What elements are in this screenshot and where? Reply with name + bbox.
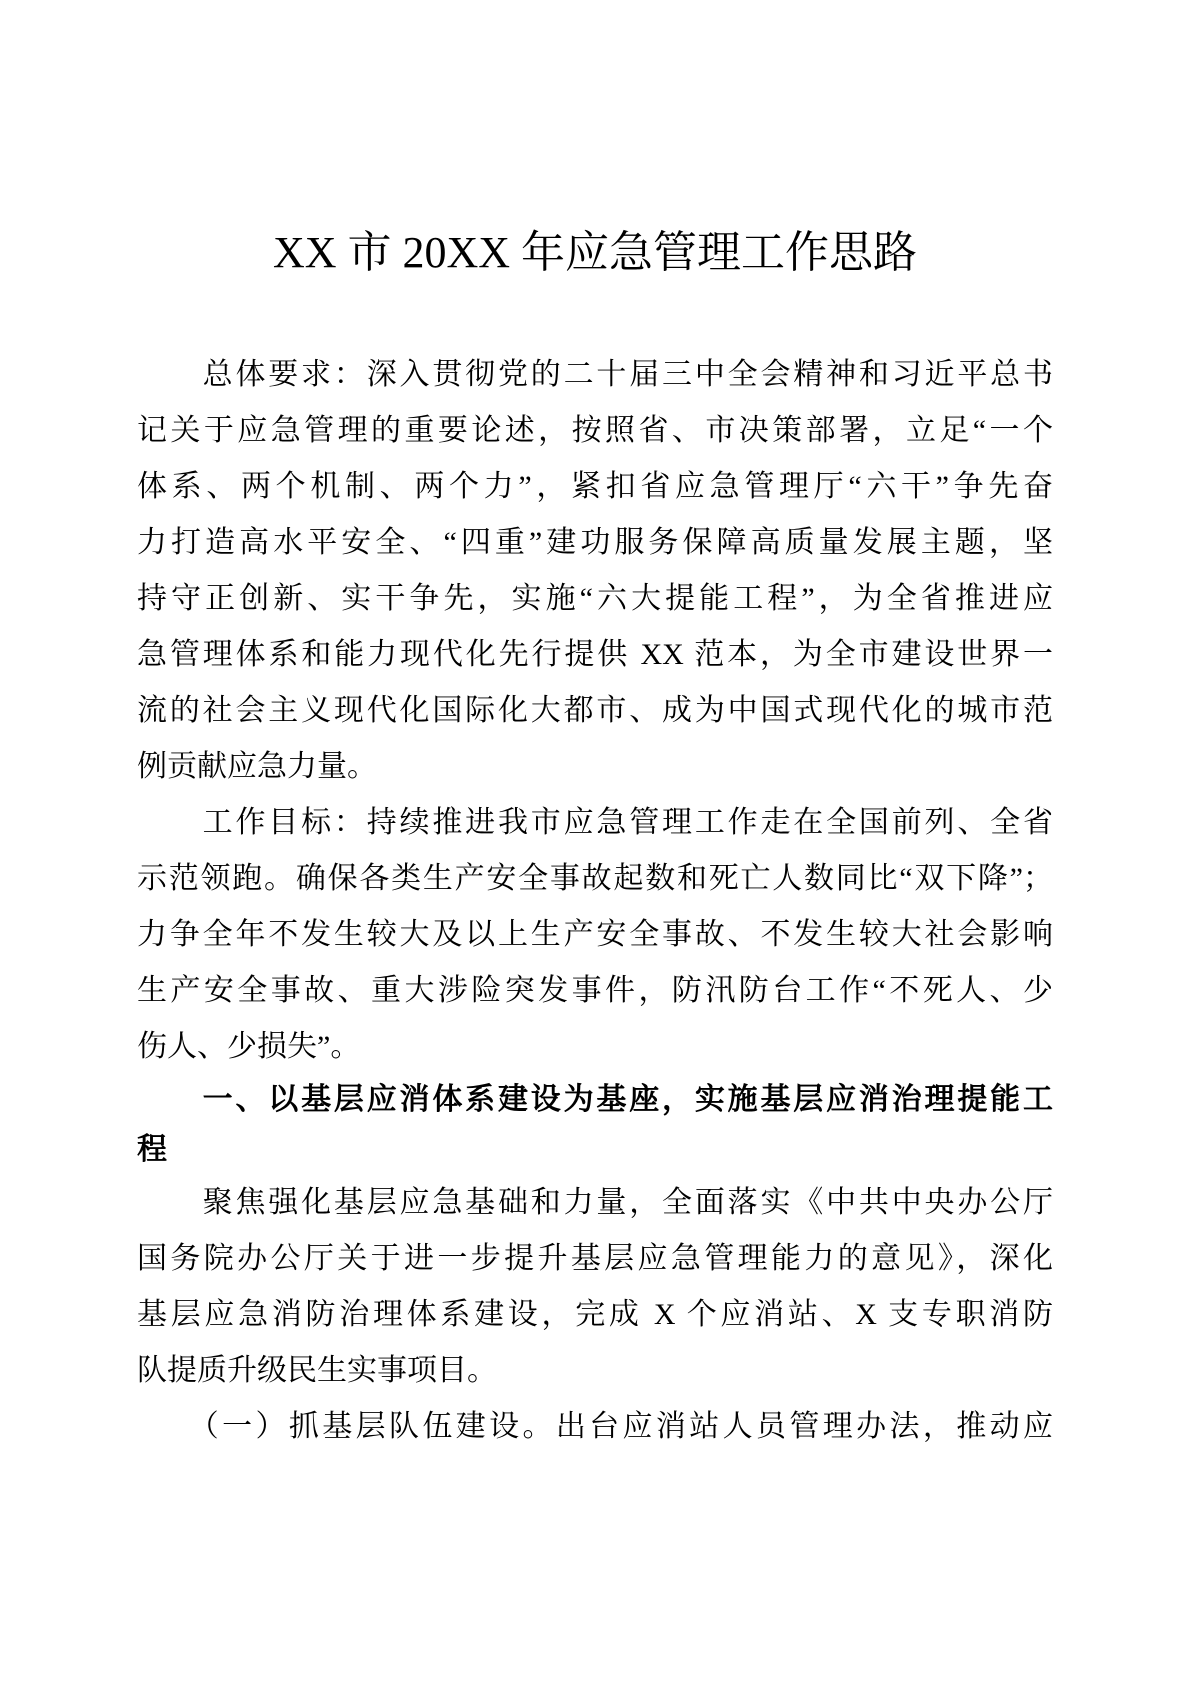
text-line: 国务院办公厅关于进一步提升基层应急管理能力的意见》，深化: [137, 1231, 1053, 1287]
document-body: 总体要求：深入贯彻党的二十届三中全会精神和习近平总书记关于应急管理的重要论述，按…: [137, 347, 1053, 1455]
text-line: 聚焦强化基层应急基础和力量，全面落实《中共中央办公厅: [137, 1175, 1053, 1231]
text-line: 示范领跑。确保各类生产安全事故起数和死亡人数同比“双下降”；: [137, 851, 1053, 907]
paragraph: （一）抓基层队伍建设。出台应消站人员管理办法，推动应: [137, 1399, 1053, 1455]
section-heading: 一、以基层应消体系建设为基座，实施基层应消治理提能工程: [137, 1075, 1053, 1175]
text-line: 一、以基层应消体系建设为基座，实施基层应消治理提能工: [137, 1075, 1053, 1125]
text-line: 持守正创新、实干争先，实施“六大提能工程”，为全省推进应: [137, 571, 1053, 627]
text-line: 力打造高水平安全、“四重”建功服务保障高质量发展主题，坚: [137, 515, 1053, 571]
paragraph: 聚焦强化基层应急基础和力量，全面落实《中共中央办公厅国务院办公厅关于进一步提升基…: [137, 1175, 1053, 1399]
text-line: 基层应急消防治理体系建设，完成 X 个应消站、X 支专职消防: [137, 1287, 1053, 1343]
paragraph: 工作目标：持续推进我市应急管理工作走在全国前列、全省示范领跑。确保各类生产安全事…: [137, 795, 1053, 1075]
text-line: 急管理体系和能力现代化先行提供 XX 范本，为全市建设世界一: [137, 627, 1053, 683]
document-title: XX 市 20XX 年应急管理工作思路: [137, 222, 1053, 284]
page-content: XX 市 20XX 年应急管理工作思路 总体要求：深入贯彻党的二十届三中全会精神…: [137, 222, 1053, 1455]
text-line: 力争全年不发生较大及以上生产安全事故、不发生较大社会影响: [137, 907, 1053, 963]
text-line: 流的社会主义现代化国际化大都市、成为中国式现代化的城市范: [137, 683, 1053, 739]
text-line: 记关于应急管理的重要论述，按照省、市决策部署，立足“一个: [137, 403, 1053, 459]
text-line: 程: [137, 1125, 1053, 1175]
text-line: 体系、两个机制、两个力”，紧扣省应急管理厅“六干”争先奋: [137, 459, 1053, 515]
text-line: 队提质升级民生实事项目。: [137, 1343, 1053, 1399]
text-line: （一）抓基层队伍建设。出台应消站人员管理办法，推动应: [137, 1399, 1053, 1455]
text-line: 伤人、少损失”。: [137, 1019, 1053, 1075]
document-page: XX 市 20XX 年应急管理工作思路 总体要求：深入贯彻党的二十届三中全会精神…: [0, 0, 1190, 1683]
text-line: 工作目标：持续推进我市应急管理工作走在全国前列、全省: [137, 795, 1053, 851]
text-line: 生产安全事故、重大涉险突发事件，防汛防台工作“不死人、少: [137, 963, 1053, 1019]
paragraph: 总体要求：深入贯彻党的二十届三中全会精神和习近平总书记关于应急管理的重要论述，按…: [137, 347, 1053, 795]
text-line: 例贡献应急力量。: [137, 739, 1053, 795]
text-line: 总体要求：深入贯彻党的二十届三中全会精神和习近平总书: [137, 347, 1053, 403]
